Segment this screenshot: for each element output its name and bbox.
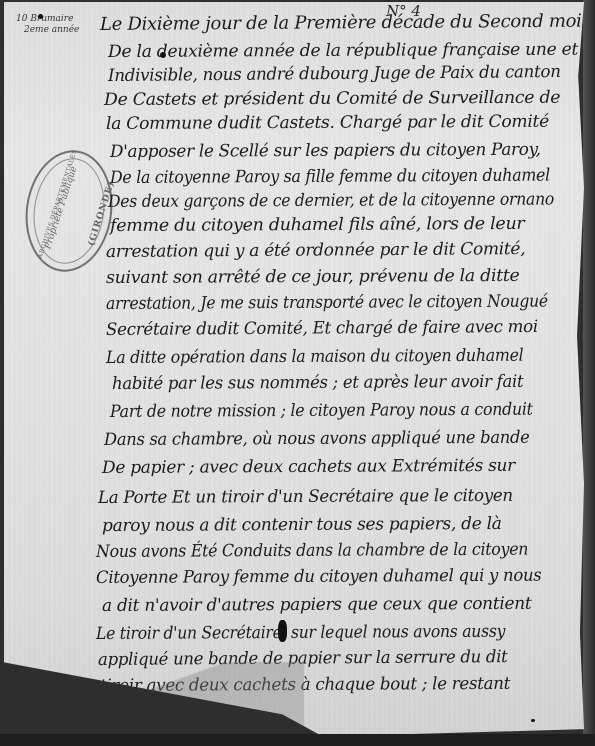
ink-spot-icon (531, 719, 535, 722)
manuscript-page: 10 Brumaire 2eme année N° 4 ARCHIVES DÉP… (4, 2, 584, 744)
text-line-12: arrestation, Je me suis transporté avec … (106, 291, 548, 314)
text-line-5: la Commune dudit Castets. Chargé par le … (106, 112, 549, 134)
text-line-19: La Porte Et un tiroir d'un Secrétaire qu… (98, 486, 513, 508)
text-line-26: tiroir avec deux cachets à chaque bout ;… (100, 674, 510, 696)
margin-note-year: 2eme année (16, 25, 79, 36)
ink-spot-icon (38, 14, 43, 19)
text-line-23: a dit n'avoir d'autres papiers que ceux … (102, 594, 532, 616)
text-line-8: Des deux garçons de ce dernier, et de la… (108, 189, 554, 212)
text-line-4: De Castets et président du Comité de Sur… (104, 88, 560, 110)
text-line-2: De la deuxième année de la république fr… (108, 40, 578, 62)
ink-spot-icon (160, 52, 166, 58)
text-line-13: Secrétaire dudit Comité, Et chargé de fa… (106, 317, 538, 340)
text-line-22: Citoyenne Paroy femme du citoyen duhamel… (96, 566, 542, 588)
text-line-6: D'apposer le Scellé sur les papiers du c… (110, 140, 541, 162)
archive-stamp: ARCHIVES DÉPARTEMENTALES Propriété Publi… (18, 145, 120, 278)
text-line-1: Le Dixième jour de la Première décade du… (100, 11, 591, 35)
text-line-25: appliqué une bande de papier sur la serr… (98, 647, 508, 670)
margin-note: 10 Brumaire 2eme année (16, 14, 79, 36)
text-line-9: femme du citoyen duhamel fils aîné, lors… (110, 214, 525, 236)
document-scan: 10 Brumaire 2eme année N° 4 ARCHIVES DÉP… (0, 0, 595, 746)
text-line-17: Dans sa chambre, où nous avons appliqué … (104, 428, 530, 450)
text-line-20: paroy nous a dit contenir tous ses papie… (102, 514, 502, 536)
scan-edge-shadow-right (583, 0, 595, 746)
text-line-3: Indivisible, nous andré dubourg Juge de … (108, 62, 561, 86)
ink-blot-icon (278, 620, 287, 642)
scan-edge-shadow-bottom (0, 734, 595, 746)
text-line-7: De la citoyenne Paroy sa fille femme du … (110, 166, 550, 188)
text-line-15: habité par les sus nommés ; et après leu… (112, 372, 523, 394)
text-line-24: Le tiroir d'un Secrétaire, sur lequel no… (96, 622, 505, 644)
margin-note-date: 10 Brumaire (16, 14, 79, 25)
text-line-21: Nous avons Été Conduits dans la chambre … (96, 540, 528, 562)
text-line-11: suivant son arrêté de ce jour, prévenu d… (106, 266, 520, 288)
text-line-14: La ditte opération dans la maison du cit… (106, 346, 524, 368)
text-line-16: Part de notre mission ; le citoyen Paroy… (110, 400, 533, 422)
text-line-10: arrestation qui y a été ordonnée par le … (106, 239, 525, 262)
text-line-18: De papier ; avec deux cachets aux Extrém… (102, 456, 515, 478)
